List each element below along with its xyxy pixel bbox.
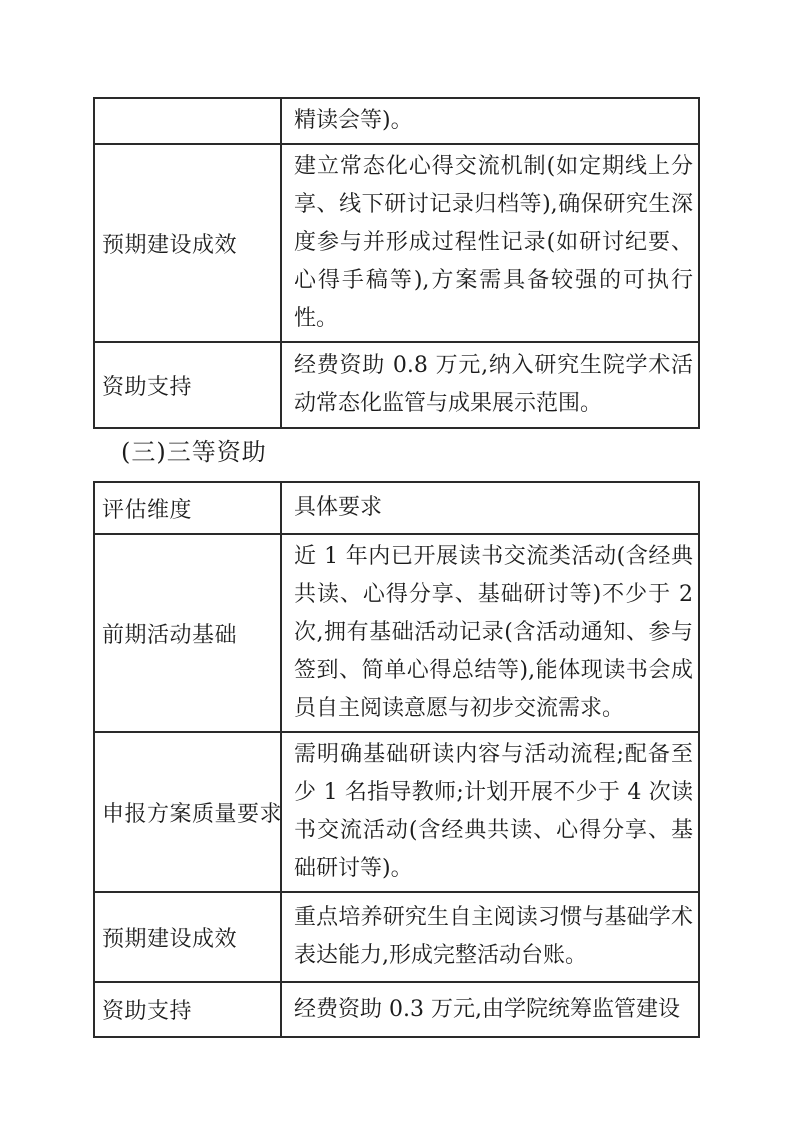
row-content-cell: 需明确基础研读内容与活动流程;配备至少 1 名指导教师;计划开展不少于 4 次读… [281, 732, 699, 892]
document-page: 精读会等)。 预期建设成效 建立常态化心得交流机制(如定期线上分享、线下研讨记录… [0, 0, 793, 1122]
table-row: 精读会等)。 [94, 98, 699, 144]
row-label-cell: 资助支持 [94, 342, 281, 428]
table-row: 资助支持 经费资助 0.8 万元,纳入研究生院学术活动常态化监管与成果展示范围。 [94, 342, 699, 428]
header-cell-dimension: 评估维度 [94, 482, 281, 534]
row-content-cell: 经费资助 0.3 万元,由学院统筹监管建设 [281, 982, 699, 1037]
table-row: 前期活动基础 近 1 年内已开展读书交流类活动(含经典共读、心得分享、基础研讨等… [94, 534, 699, 732]
upper-evaluation-table: 精读会等)。 预期建设成效 建立常态化心得交流机制(如定期线上分享、线下研讨记录… [93, 97, 700, 429]
row-content-cell: 经费资助 0.8 万元,纳入研究生院学术活动常态化监管与成果展示范围。 [281, 342, 699, 428]
row-label-cell: 资助支持 [94, 982, 281, 1037]
row-label-cell: 预期建设成效 [94, 144, 281, 342]
table-row: 预期建设成效 建立常态化心得交流机制(如定期线上分享、线下研讨记录归档等),确保… [94, 144, 699, 342]
header-cell-requirement: 具体要求 [281, 482, 699, 534]
row-content-cell: 近 1 年内已开展读书交流类活动(含经典共读、心得分享、基础研讨等)不少于 2 … [281, 534, 699, 732]
row-label-cell: 预期建设成效 [94, 892, 281, 982]
row-label-cell: 申报方案质量要求 [94, 732, 281, 892]
table-row: 资助支持 经费资助 0.3 万元,由学院统筹监管建设 [94, 982, 699, 1037]
table-header-row: 评估维度 具体要求 [94, 482, 699, 534]
row-content-cell: 重点培养研究生自主阅读习惯与基础学术表达能力,形成完整活动台账。 [281, 892, 699, 982]
section-heading: (三)三等资助 [121, 437, 267, 467]
row-label-cell [94, 98, 281, 144]
row-content-cell: 精读会等)。 [281, 98, 699, 144]
table-row: 申报方案质量要求 需明确基础研读内容与活动流程;配备至少 1 名指导教师;计划开… [94, 732, 699, 892]
lower-evaluation-table: 评估维度 具体要求 前期活动基础 近 1 年内已开展读书交流类活动(含经典共读、… [93, 481, 700, 1038]
row-label-cell: 前期活动基础 [94, 534, 281, 732]
table-row: 预期建设成效 重点培养研究生自主阅读习惯与基础学术表达能力,形成完整活动台账。 [94, 892, 699, 982]
row-content-cell: 建立常态化心得交流机制(如定期线上分享、线下研讨记录归档等),确保研究生深度参与… [281, 144, 699, 342]
